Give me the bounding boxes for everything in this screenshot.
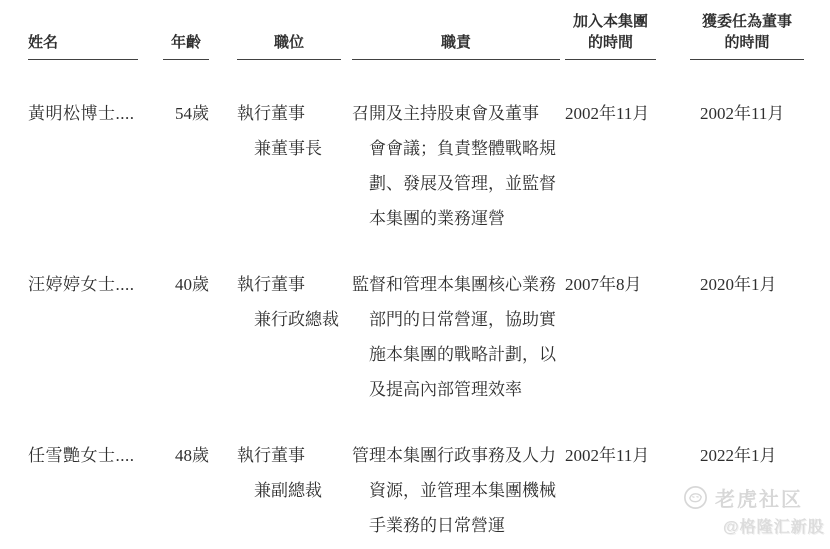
cell-duties: 管理本集團行政事務及人力 資源，並管理本集團機械 手業務的日常營運 bbox=[352, 438, 560, 543]
table-row: 黃明松博士.... 54歲 執行董事 兼董事長 召開及主持股東會及董事 會會議；… bbox=[28, 96, 830, 236]
table-row: 汪婷婷女士.... 40歲 執行董事 兼行政總裁 監督和管理本集團核心業務 部門… bbox=[28, 267, 830, 407]
table-header-row: 姓名 年齡 職位 職責 加入本集團 的時間 獲委任為董事 的時間 bbox=[28, 0, 830, 60]
cell-age: 48歲 bbox=[163, 438, 209, 543]
watermark-handle-label: @格隆汇新股 bbox=[723, 514, 828, 537]
cell-appointed: 2002年11月 bbox=[690, 96, 804, 236]
cell-age: 40歲 bbox=[163, 267, 209, 407]
cell-joined: 2002年11月 bbox=[565, 438, 656, 543]
cell-name: 任雪艷女士.... bbox=[28, 438, 138, 543]
prospectus-directors-page: 姓名 年齡 職位 職責 加入本集團 的時間 獲委任為董事 的時間 黃明松博士..… bbox=[0, 0, 830, 549]
cell-name: 汪婷婷女士.... bbox=[28, 267, 138, 407]
directors-table-body: 黃明松博士.... 54歲 執行董事 兼董事長 召開及主持股東會及董事 會會議；… bbox=[0, 96, 830, 543]
cell-name: 黃明松博士.... bbox=[28, 96, 138, 236]
cell-joined: 2002年11月 bbox=[565, 96, 656, 236]
watermark-community-label: 老虎社区 bbox=[715, 483, 803, 512]
column-header-name: 姓名 bbox=[28, 32, 138, 60]
cell-age: 54歲 bbox=[163, 96, 209, 236]
cell-duties: 召開及主持股東會及董事 會會議；負責整體戰略規 劃、發展及管理，並監督 本集團的… bbox=[352, 96, 560, 236]
column-header-joined: 加入本集團 的時間 bbox=[565, 11, 656, 60]
cell-position: 執行董事 兼行政總裁 bbox=[237, 267, 341, 407]
cell-position: 執行董事 兼副總裁 bbox=[237, 438, 341, 543]
cell-appointed: 2020年1月 bbox=[690, 267, 804, 407]
tiger-logo-icon bbox=[683, 485, 708, 510]
cell-position: 執行董事 兼董事長 bbox=[237, 96, 341, 236]
watermark: 老虎社区 @格隆汇新股 bbox=[683, 483, 828, 537]
cell-joined: 2007年8月 bbox=[565, 267, 656, 407]
cell-duties: 監督和管理本集團核心業務 部門的日常營運，協助實 施本集團的戰略計劃，以 及提高… bbox=[352, 267, 560, 407]
column-header-position: 職位 bbox=[237, 32, 341, 60]
column-header-age: 年齡 bbox=[163, 32, 209, 60]
column-header-appointed: 獲委任為董事 的時間 bbox=[690, 11, 804, 60]
column-header-duties: 職責 bbox=[352, 32, 560, 60]
